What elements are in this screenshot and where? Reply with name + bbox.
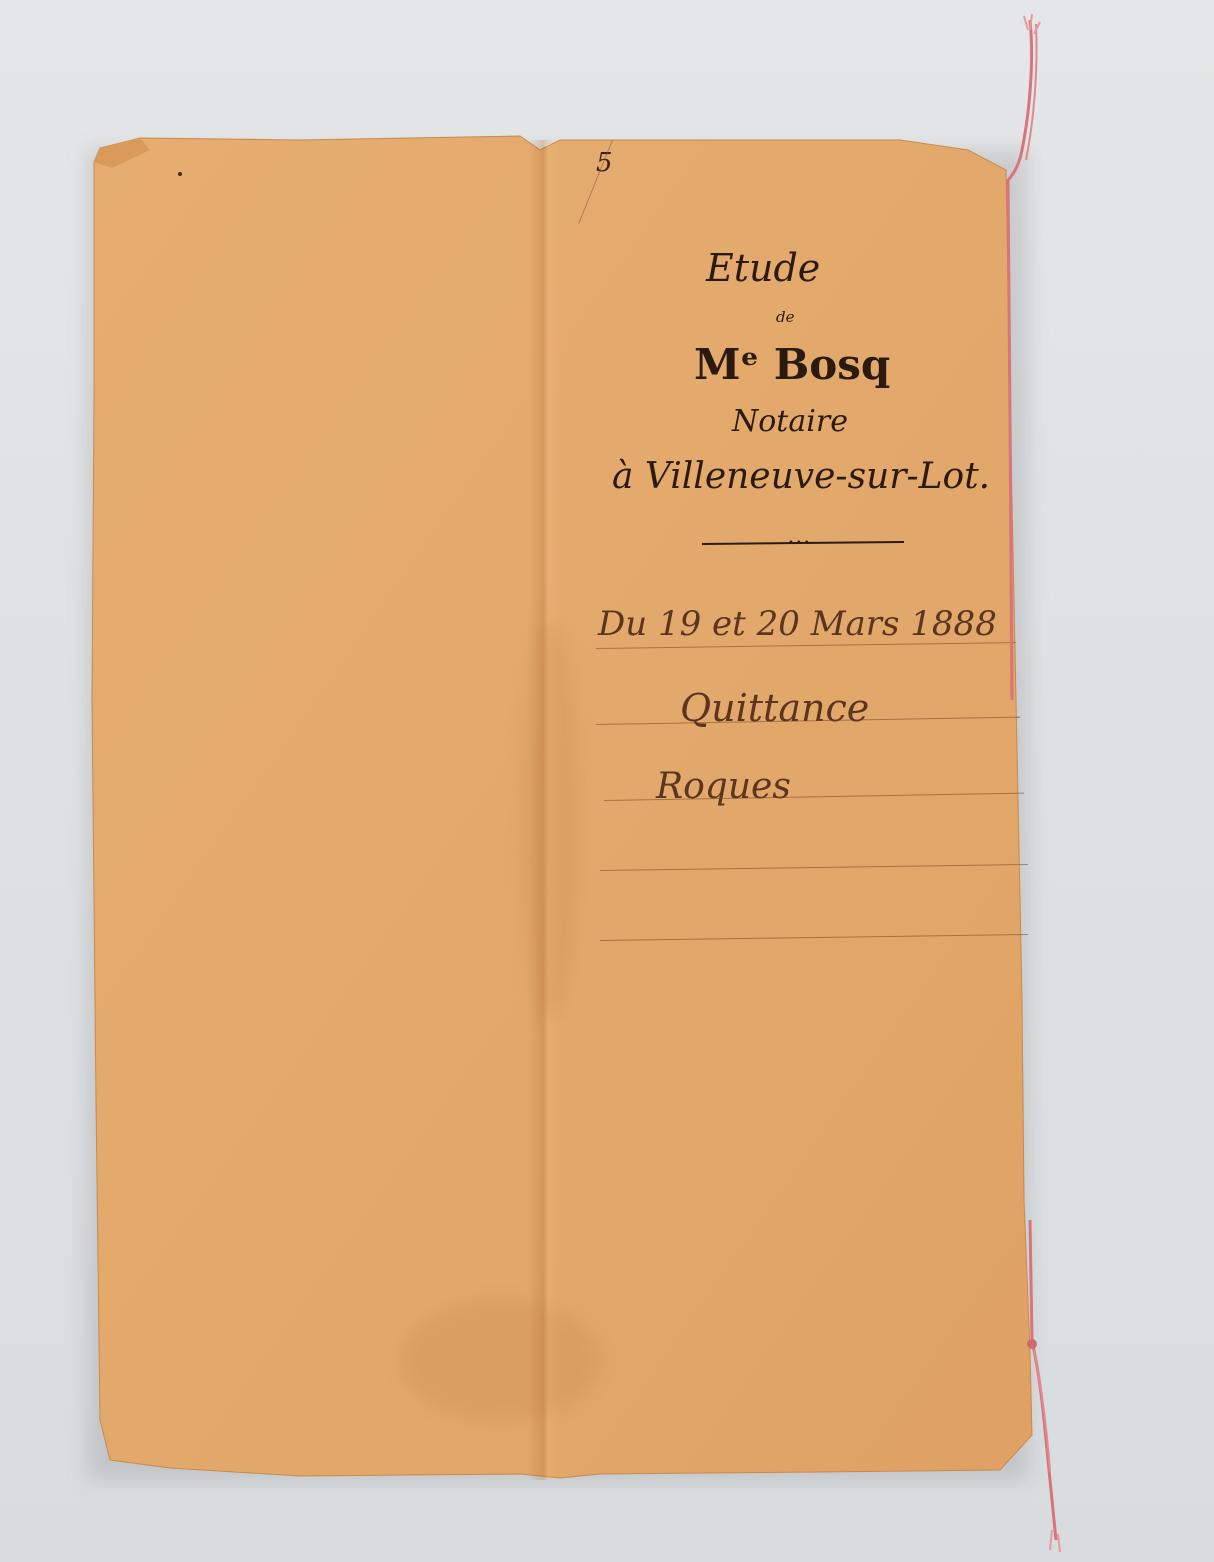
binding-thread: [0, 0, 1214, 1562]
